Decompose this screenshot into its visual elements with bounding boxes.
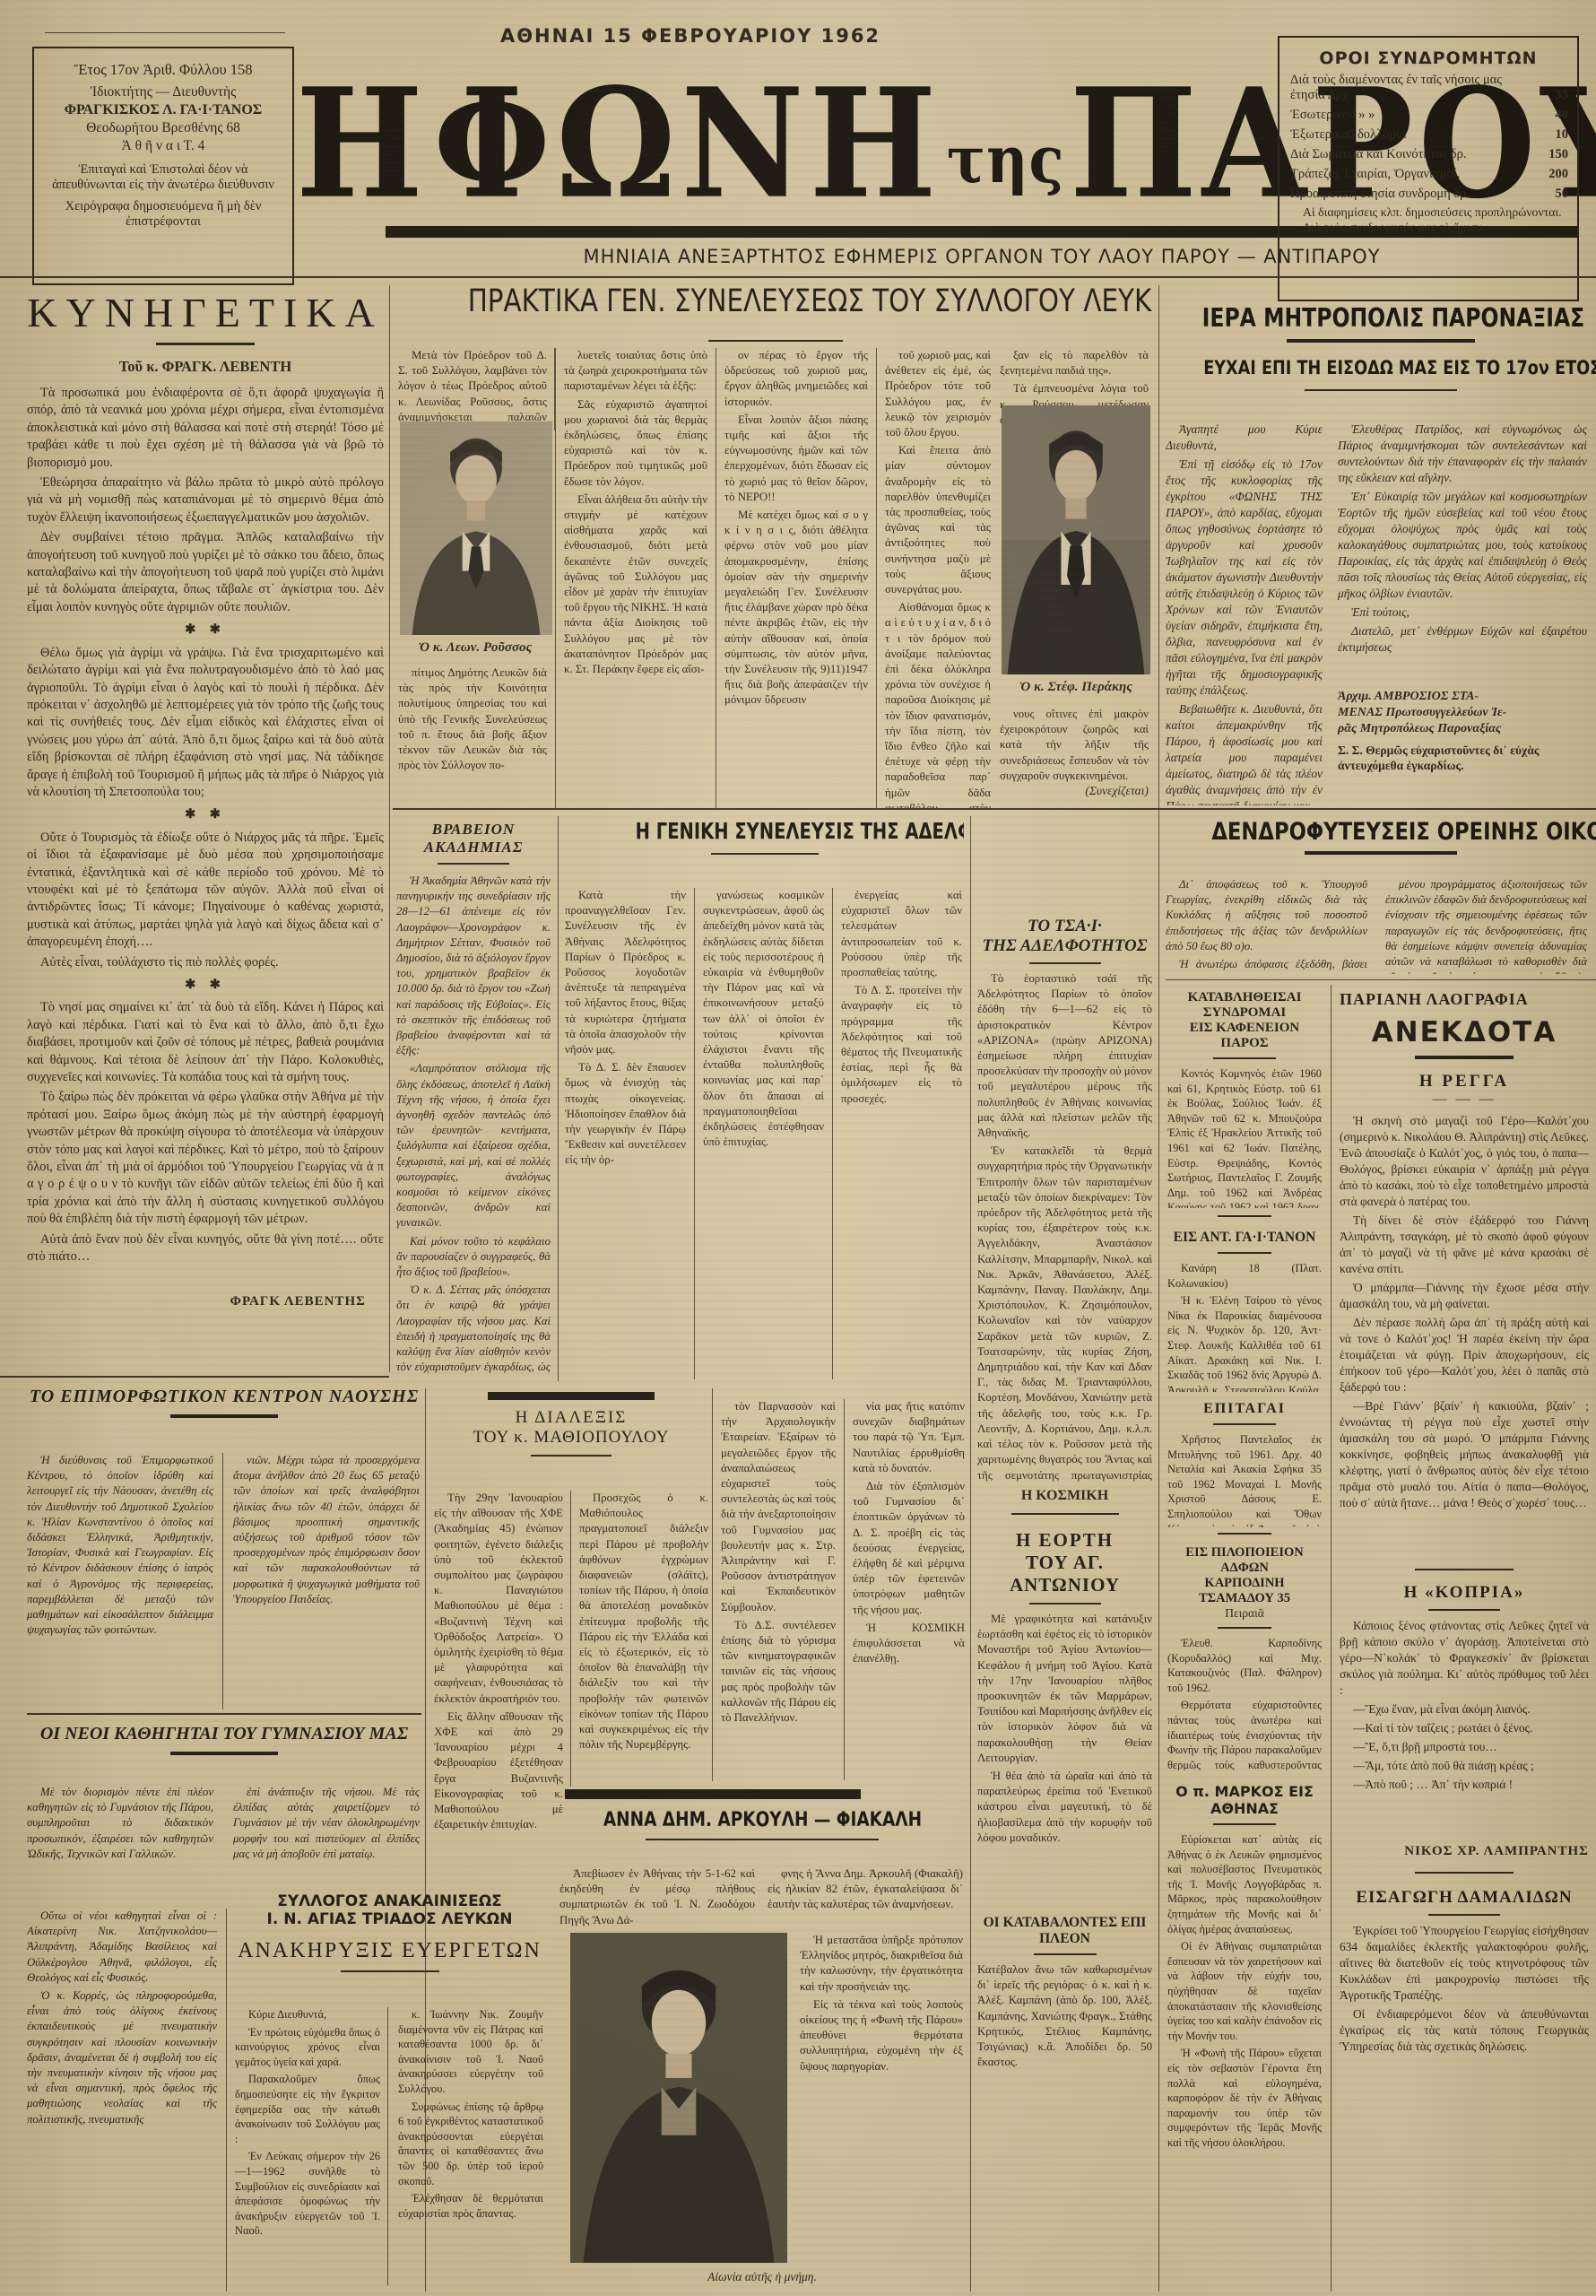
paragraph: Ἀπεβίωσεν ἐν Ἀθήναις τὴν 5-1-62 καὶ ἐκηδ… [559,1866,755,1928]
newspaper-title: Η ΦΩΝΗ της ΠΑΡΟΥ [296,56,1417,232]
paragraph: —Βρὲ Γιάνν᾽ βζαίν᾽ ἡ κακιούλα, βζαίν᾽ ; … [1340,1398,1589,1511]
anna-side-text: Ἡ μεταστᾶσα ὑπῆρξε πρότυπον Ἑλληνίδος μη… [800,1933,963,2238]
iera-col2-wrap: Ἐλευθέρας Πατρίδος, καὶ εὐγνωμόνως ὡς Πά… [1338,422,1587,805]
paragraph: Αὐτὲς εἶναι, τοὐλάχιστο τὶς πιὸ πολλὲς φ… [27,954,384,971]
title-rule [646,1839,879,1840]
paragraph: Θέλω ὅμως γιὰ ἀγρίμι νὰ γράψω. Γιὰ ἕνα τ… [27,645,384,802]
paragraph: Ἐπὶ τῇ εἰσόδῳ εἰς τὸ 17ον ἔτος τῆς κυκλο… [1166,457,1323,699]
title-rule [708,340,843,342]
neoi-col2: ἐπὶ ἀνάπτυξιν τῆς νήσου. Μὲ τὰς ἐλπίδας … [233,1785,420,1898]
katabalontes-subtitle: ΟΙ ΚΑΤΑΒΑΛΟΝΤΕΣ ΕΠΙ ΠΛΕΟΝ [977,1915,1152,1947]
term-value: 50 [1538,187,1568,202]
subscription-row: Διὰ τοὺς διαμένοντας ἐν ταῖς νήσοις μας … [1290,73,1568,103]
portrait-photo-roussos [400,422,552,635]
paragraph: Ἡ θέα ἀπὸ τὰ ὡραῖα καὶ ἀπὸ τὰ παραπλεύρω… [977,1769,1152,1846]
term-label: Ἐξωτερικοῦ δολλάρια [1290,127,1538,143]
term-label: Διὰ Σωματεῖα καὶ Κοινότητας δρ. [1290,147,1538,162]
geniki-col3: ἐνεργείας καὶ εὐχαριστεῖ ὅλων τῶν τελεσμ… [841,888,962,1379]
term-value: 200 [1538,167,1568,182]
paragraph: Ἡ σκηνὴ στὸ μαγαζὶ τοῦ Γέρο—Καλότ᾽χου (σ… [1340,1113,1589,1210]
paragraph: Εἰς τὰ τέκνα καὶ τοὺς λοιποὺς οἰκείους τ… [800,1997,963,2074]
title-rule [1213,1823,1276,1825]
divider-rule [1218,1533,1271,1535]
neoi-continuation: Οὕτω οἱ νέοι καθηγηταὶ εἶναι οἱ : Αἰκατε… [27,1909,217,2292]
term-value: 150 [1538,147,1568,162]
paragraph: Τὸ Δ. Σ. δὲν ἔπαυσεν ὅμως νὰ ἐνισχύῃ τὰς… [565,1060,686,1168]
paragraph: Οὕτω οἱ νέοι καθηγηταὶ εἶναι οἱ : Αἰκατε… [27,1909,217,1986]
geniki-col2: γανώσεως κοσμικῶν συγκεντρώσεων, ἀφοῦ ὡς… [703,888,824,1379]
paragraph: Κατὰ τὴν προαναγγελθεῖσαν Γεν. Συνέλευσι… [565,888,686,1057]
paragraph: Ἡ διεύθυνσις τοῦ Ἐπιμορφωτικοῦ Κέντρου, … [27,1453,213,1638]
paragraph: τὸν Παρνασσὸν καὶ τὴν Ἀρχαιολογικὴν Ἑται… [721,1399,836,1615]
paragraph: Τὴ δίνει δὲ στὸν ἐξάδερφό του Γιάννη Ἀλι… [1340,1213,1589,1277]
paragraph: Παρακαλοῦμεν ὅπως δημοσιεύσητε εἰς τὴν ἔ… [235,2072,380,2146]
column-rule [1158,285,1159,2292]
praktika-col4: τοῦ χωριοῦ μας, καὶ ἀνέθετεν εἰς ἐμέ, ὡς… [885,348,991,809]
title-rule [1213,1057,1276,1059]
praktika-col3: ον πέρας τὸ ἔργον τῆς ὑδρεύσεως τοῦ χωρι… [724,348,868,809]
paragraph: Ἡ μεταστᾶσα ὑπῆρξε πρότυπον Ἑλληνίδος μη… [800,1933,963,1995]
paragraph: Τὰ προσωπικά μου ἐνδιαφέροντα σὲ ὅ,τι ἀφ… [27,385,384,472]
paragraph: —Ἄμ, τότε ἀπὸ ποῦ θὰ πιάσῃ κρέας ; [1340,1758,1589,1774]
damalides-title: ΕΙΣΑΓΩΓΗ ΔΑΜΑΛΙΔΩΝ [1340,1888,1589,1908]
paragraph: Ὁ κ. Δ. Σέττας μᾶς ὑπόσχεται ὅτι ἐν καιρ… [396,1283,551,1376]
paragraph: Ἐπ᾽ Εὐκαιρίᾳ τῶν μεγάλων καὶ κοσμοσωτηρί… [1338,489,1587,602]
paragraph: Ἐθεώρησα ἀπαραίτητο νὰ βάλω πρῶτα τὸ μικ… [27,474,384,526]
paragraph: Εἰς ἄλλην αἴθουσαν τῆς ΧΦΕ καὶ ἀπὸ 29 Ἰα… [434,1709,563,1833]
paragraph: Ἡ ἀνωτέρω ἀπόφασις ἐξεδόθη, βάσει εἰσηγή… [1166,957,1367,974]
paragraph: Ἡ κ. Ἑλένη Τσίρου τὸ γένος Νίκα ἐκ Παροι… [1167,1293,1322,1392]
mail-note: Ἐπιταγαὶ καὶ Ἐπιστολαὶ δέον νὰ ἀπευθύνων… [47,162,280,193]
article-title: ΙΕΡΑ ΜΗΤΡΟΠΟΛΙΣ ΠΑΡΟΝΑΞΙΑΣ [1202,303,1585,333]
iera-signature-1: Ἀρχιμ. ΑΜΒΡΟΣΙΟΣ ΣΤΑ- [1338,689,1587,705]
paragraph: Χρῆστος Παντελαῖος ἐκ Μιτυλήνης τοῦ 1961… [1167,1432,1322,1527]
subscription-row: Ἐσωτερικοῦ » »40 [1290,108,1568,123]
title-rule [438,863,509,865]
paragraph: Δὲν συμβαίνει τέτοιο πρᾶγμα. Ἁπλῶς καταλ… [27,529,384,616]
masthead-top-rule [45,32,285,33]
regga-title: Η ΡΕΓΓΑ [1340,1072,1589,1091]
article-title: ΠΡΑΚΤΙΚΑ ΓΕΝ. ΣΥΝΕΛΕΥΣΕΩΣ ΤΟΥ ΣΥΛΛΟΓΟΥ Λ… [468,283,1152,319]
katavl-title-2: ΕΙΣ ΚΑΦΕΝΕΙΟΝ ΠΑΡΟΣ [1167,1021,1322,1051]
paragraph: λυετεῖς τοιαύτας ὅστις ὑπὸ τὰ ζωηρὰ χειρ… [564,348,707,395]
column-rule [226,1909,227,2292]
regga-rule: — — — [1340,1091,1589,1108]
paragraph: —Ἔ, ὅ,τι βρῇ μπροστά του… [1340,1739,1589,1755]
paragraph: Μὲ τὸν διορισμὸν πέντε ἐπὶ πλέον καθηγητ… [27,1785,213,1862]
anna-intro-right: φνης ἡ Ἄννα Δημ. Ἀρκουλῆ (Φιακαλῆ) εἰς ἡ… [768,1866,963,1926]
column-rule [970,816,971,2292]
paragraph: ον πέρας τὸ ἔργον τῆς ὑδρεύσεως τοῦ χωρι… [724,348,868,410]
eorti-title-2: ΤΟΥ ΑΓ. ΑΝΤΩΝΙΟΥ [977,1552,1152,1596]
divider-rule [1415,1872,1514,1874]
paragraph: Κάποιος ξένος φτάνοντας στὶς Λεῦκες ζητε… [1340,1618,1589,1699]
katabalontes-names: Κατέβαλον ἄνω τῶν καθωρισμένων δι᾽ ἱερεῖ… [977,1962,1152,2196]
section-rule [1166,979,1596,980]
paragraph: Ἀγαπητέ μου Κύριε Διευθυντά, [1166,422,1323,454]
divider-rule [1415,1569,1514,1570]
paragraph: Οἱ ἐνδιαφερόμενοι δέον νὰ ἀπευθύνωνται ἐ… [1340,2006,1589,2055]
subscription-row: Προαιρετικὴ ἐτησία συνδρομὴ δρ.50 [1290,187,1568,202]
issue-line: Ἔτος 17ον Ἀριθ. Φύλλου 158 [34,61,292,79]
paragraph: ἐπὶ ἀνάπτυξιν τῆς νήσου. Μὲ τὰς ἐλπίδας … [233,1785,420,1862]
paragraph: νιῶν. Μέχρι τώρα τὰ προσερχόμενα ἄτομα ἀ… [233,1453,420,1607]
portrait-roussos-graphic [400,422,552,635]
paragraph: Ὁ μπάρμπα—Γιάννης τὴν ἔχωσε μέσα στὴν ἀμ… [1340,1280,1589,1312]
portrait-photo-perakis [1002,405,1150,674]
column-rule [558,816,559,1381]
article-title: ΒΡΑΒΕΙΟΝ ΑΚΑΔΗΜΙΑΣ [396,821,551,857]
column-rule [716,348,716,809]
divider-rule [1011,1513,1119,1515]
paragraph: «Λαμπρότατον στόλισμα τῆς ὅλης ἐκδόσεως,… [396,1061,551,1231]
tsai-body: Τὸ ἑορταστικὸ τσάϊ τῆς Ἀδελφότητος Παρίω… [977,971,1152,1483]
paragraph: Τὸ Δ. Σ. προτείνει τὴν ἀναγραφὴν εἰς τὸ … [841,983,962,1107]
term-label: Προαιρετικὴ ἐτησία συνδρομὴ δρ. [1290,187,1538,202]
title-rule [1029,1603,1101,1605]
damalides-body: Ἐγκρίσει τοῦ Ὑπουργείου Γεωργίας εἰσήχθη… [1340,1923,1589,2129]
title-rule [1415,1056,1514,1059]
kopria-body: Κάποιος ξένος φτάνοντας στὶς Λεῦκες ζητε… [1340,1618,1589,1842]
paragraph: Τὸ ξαίρω πὼς δὲν πρόκειται νὰ φέρω γλαῦκ… [27,1089,384,1228]
paragraph: γανώσεως κοσμικῶν συγκεντρώσεων, ἀφοῦ ὡς… [703,888,824,1150]
eorti-body: Μὲ γραφικότητα καὶ κατάνυξιν ἑωρτάσθη κα… [977,1612,1152,1908]
title-rule [1428,1914,1500,1916]
newspaper-page: Ἔτος 17ον Ἀριθ. Φύλλου 158 Ἰδιοκτήτης — … [0,0,1596,2296]
geniki-cont-col1: τὸν Παρνασσὸν καὶ τὴν Ἀρχαιολογικὴν Ἑται… [721,1399,836,1780]
photo-caption-perakis: Ὁ κ. Στέφ. Περάκης [1000,680,1152,695]
paragraph: Εὑρίσκεται κατ᾽ αὐτὰς εἰς Ἀθήνας ὁ ἐκ Λε… [1167,1832,1322,1936]
regga-body: Ἡ σκηνὴ στὸ μαγαζὶ τοῦ Γέρο—Καλότ᾽χου (σ… [1340,1113,1589,1561]
divider-rule [1218,1215,1271,1217]
column-rule [389,285,390,1372]
paragraph: Ἡ «Φωνὴ τῆς Πάρου» εὔχεται εἰς τὸν σεβασ… [1167,2046,1322,2150]
article-vraveion: ΒΡΑΒΕΙΟΝ ΑΚΑΔΗΜΙΑΣ Ἡ Ἀκαδημία Ἀθηνῶν κατ… [396,821,551,1381]
paragraph: Τὸ ἑορταστικὸ τσάϊ τῆς Ἀδελφότητος Παρίω… [977,971,1152,1141]
paragraph: πίτιμος Δημότης Λευκῶν διὰ τὰς πρὸς τὴν … [398,665,547,773]
iera-col2: Ἐλευθέρας Πατρίδος, καὶ εὐγνωμόνως ὡς Πά… [1338,422,1587,689]
paragraph: ξαν εἰς τὸ παρελθὸν τὰ ξενητεμένα παιδιά… [1000,348,1149,378]
paragraph: Διὰ τὸν ἐξοπλισμὸν τοῦ Γυμνασίου δι᾽ ἐπο… [853,1479,965,1618]
iera-editor-note: Σ. Σ. Θερμῶς εὐχαριστοῦντες δι᾽ εὐχὰς ἀν… [1338,743,1587,773]
pilop-title-1: ΕΙΣ ΠΙΛΟΠΟΙΕΙΟΝ ΑΔΦΩΝ [1167,1545,1322,1576]
neoi-col1: Μὲ τὸν διορισμὸν πέντε ἐπὶ πλέον καθηγητ… [27,1785,213,1898]
term-value: 40 [1538,108,1568,123]
column-rule [832,888,833,1379]
title-rule [1029,962,1101,964]
title-rule [1034,1953,1097,1955]
dendro-col2: μένου προγράμματος ἀξιοποιήσεως τῶν ἐπικ… [1385,877,1587,974]
epimorf-col1: Ἡ διεύθυνσις τοῦ Ἐπιμορφωτικοῦ Κέντρου, … [27,1453,213,1709]
column-rule [694,888,695,1379]
article-title: ΟΙ ΝΕΟΙ ΚΑΘΗΓΗΤΑΙ ΤΟΥ ΓΥΜΝΑΣΙΟΥ ΜΑΣ [27,1724,421,1744]
portrait-photo-anna [570,1933,787,2263]
heading-bar [565,1789,861,1799]
geniki-cont-col2: νία μας ἥτις κατόπιν συνεχῶν διαβημάτων … [853,1399,965,1780]
praktika-col1-bottom: πίτιμος Δημότης Λευκῶν διὰ τὰς πρὸς τὴν … [398,665,554,809]
masthead-bottom-rule [0,276,1596,278]
title-rule [1218,1627,1271,1629]
article-title: ΤΟ ΕΠΙΜΟΡΦΩΤΙΚΟΝ ΚΕΝΤΡΟΝ ΝΑΟΥΣΗΣ [27,1387,421,1407]
title-rule [170,1752,278,1755]
photo-caption-roussos: Ὁ κ. Λεων. Ροῦσσος [398,640,552,656]
anna-intro-left: Ἀπεβίωσεν ἐν Ἀθήναις τὴν 5-1-62 καὶ ἐκηδ… [559,1866,755,1926]
paragraph: μένου προγράμματος ἀξιοποιήσεως τῶν ἐπικ… [1385,877,1587,974]
paragraph: νία μας ἥτις κατόπιν συνεχῶν διαβημάτων … [853,1399,965,1476]
paragraph: Τὸ νησί μας σημαίνει κι᾽ ἀπ᾽ τὰ δυὸ τὰ ε… [27,999,384,1086]
dendro-col1: Δι᾽ ἀποφάσεως τοῦ κ. Ὑπουργοῦ Γεωργίας, … [1166,877,1367,974]
paragraph: ✱ ✱ [27,806,384,823]
portrait-anna-graphic [570,1933,787,2263]
subscription-row: Ἐξωτερικοῦ δολλάρια10 [1290,127,1568,143]
subscription-row: Διὰ Σωματεῖα καὶ Κοινότητας δρ.150 [1290,147,1568,162]
heading-bar [488,1392,655,1400]
gaitanon-body: Κανάρη 18 (Πλατ. Κολωνακίου)Ἡ κ. Ἑλένη Τ… [1167,1261,1322,1392]
portrait-perakis-graphic [1002,405,1150,674]
paragraph: Κύριε Διευθυντά, [235,2007,380,2022]
katavl-body: Κοντός Κομνηνὸς ἐτῶν 1960 καὶ 61, Κρητικ… [1167,1066,1322,1208]
paragraph: Καὶ μόνον τοῦτο τὸ κεφάλαιο ἂν παρουσίαζ… [396,1234,551,1281]
column-rule [555,348,556,809]
pilop-title-3: Πειραιᾶ [1167,1606,1322,1621]
article-title: Η ΓΕΝΙΚΗ ΣΥΝΕΛΕΥΣΙΣ ΤΗΣ ΑΔΕΛΦΟΤΗΤΟΣ ΠΑΡΙ… [636,818,964,844]
article-body: Ἡ Ἀκαδημία Ἀθηνῶν κατὰ τὴν πανηγυρικήν τ… [396,874,551,1376]
paragraph: Μετὰ τὸν Πρόεδρον τοῦ Δ. Σ. τοῦ Συλλόγου… [398,348,547,430]
article-subtitle: ΕΥΧΑΙ ΕΠΙ ΤΗ ΕΙΣΟΔΩ ΜΑΣ ΕΙΣ ΤΟ 17ον ΕΤΟΣ [1203,357,1596,378]
title-rule [1305,851,1457,855]
paragraph: Αἰσθάνομαι ὅμως κ α ὶ ε ὐ τ υ χ ί α ν, δ… [885,600,991,809]
subscription-box: ΟΡΟΙ ΣΥΝΔΡΟΜΗΤΩΝ Διὰ τοὺς διαμένοντας ἐν… [1278,36,1579,301]
paragraph: Ἐλευθέρας Πατρίδος, καὶ εὐγνωμόνως ὡς Πά… [1338,422,1587,486]
article-neoi-kathigitai: ΟΙ ΝΕΟΙ ΚΑΘΗΓΗΤΑΙ ΤΟΥ ΓΥΜΝΑΣΙΟΥ ΜΑΣ Μὲ τ… [27,1724,421,1900]
praktika-col1-top: Μετὰ τὸν Πρόεδρον τοῦ Δ. Σ. τοῦ Συλλόγου… [398,348,555,430]
paragraph: Ἐγκρίσει τοῦ Ὑπουργείου Γεωργίας εἰσήχθη… [1340,1923,1589,2004]
column-rule [1331,985,1331,2292]
paragraph: Ἡ ΚΟΣΜΙΚΗ ἐπιφυλάσσεται νὰ ἐπανέλθῃ. [853,1621,965,1667]
article-praktika-header: ΠΡΑΚΤΙΚΑ ΓΕΝ. ΣΥΝΕΛΕΥΣΕΩΣ ΤΟΥ ΣΥΛΛΟΓΟΥ Λ… [395,283,1152,339]
section-rule [0,1376,389,1378]
article-title: ΔΕΝΔΡΟΦΥΤΕΥΣΕΙΣ ΟΡΕΙΝΗΣ ΟΙΚΟΝΟΜΙΑΣ [1211,818,1596,846]
title-rule [1287,339,1475,343]
title-rule [1428,1609,1500,1611]
paragraph: ✱ ✱ [27,977,384,994]
epitagai-body: Χρῆστος Παντελαῖος ἐκ Μιτυλήνης τοῦ 1961… [1167,1432,1322,1527]
paragraph: Προσεχῶς ὁ κ. Μαθιόπουλος πραγματοποιεῖ … [579,1491,708,1752]
dialexis-col1: Τὴν 29ην Ἰανουαρίου εἰς τὴν αἴθουσαν τῆς… [434,1491,563,2280]
subscription-note: Αἱ διαφημίσεις κλπ. δημοσιεύσεις προπληρ… [1303,205,1566,235]
title-part-tis: της [947,123,1065,198]
paragraph: Τὴν 29ην Ἰανουαρίου εἰς τὴν αἴθουσαν τῆς… [434,1491,563,1707]
paragraph: Αὐτὰ ἀπὸ ἕναν ποὺ δὲν εἶναι κυνηγός, οὔτ… [27,1231,384,1266]
paragraph: —Ἔχω ἕναν, μὰ εἶναι ἀκόμη λιανός. [1340,1701,1589,1718]
column-tsai-eorti: ΤΟ ΤΣΑ·Ι· ΤΗΣ ΑΔΕΛΦΟΤΗΤΟΣ Τὸ ἑορταστικὸ … [977,917,1152,2292]
column-rule [387,2007,388,2285]
article-anna-arkouli: ΑΝΝΑ ΔΗΜ. ΑΡΚΟΥΛΗ — ΦΙΑΚΑΛΗ Ἀπεβίωσεν ἐν… [556,1789,968,2292]
praktika-col2: λυετεῖς τοιαύτας ὅστις ὑπὸ τὰ ζωηρὰ χειρ… [564,348,707,809]
term-value: 10 [1538,127,1568,143]
column-laografia: ΠΑΡΙΑΝΗ ΛΑΟΓΡΑΦΙΑ ΑΝΕΚΔΟΤΑ Η ΡΕΓΓΑ — — —… [1340,990,1589,2292]
continued-note: (Συνεχίζεται) [1000,784,1149,798]
article-body: Τὰ προσωπικά μου ἐνδιαφέροντα σὲ ὅ,τι ἀφ… [27,385,384,1291]
paragraph: νους οἵτινες ἐπὶ μακρὸν ἐχειροκρότουν ζω… [1000,707,1149,784]
paragraph: Τὸ Δ.Σ. συντέλεσεν ἐπίσης διὰ τὸ γύρισμα… [721,1618,836,1726]
paragraph: ✱ ✱ [27,622,384,639]
tsai-title-2: ΤΗΣ ΑΔΕΛΦΟΤΗΤΟΣ [977,936,1152,956]
manuscripts-note: Χειρόγραφα δημοσιευόμενα ἢ μὴ δὲν ἐπιστρ… [47,199,280,230]
anakiryxis-col1: Κύριε Διευθυντά,Ἐν πρώτοις εὐχόμεθα ὅπως… [235,2007,380,2285]
article-epimorfotikon: ΤΟ ΕΠΙΜΟΡΦΩΤΙΚΟΝ ΚΕΝΤΡΟΝ ΝΑΟΥΣΗΣ Ἡ διεύθ… [27,1387,421,1713]
iera-col1: Ἀγαπητέ μου Κύριε Διευθυντά,Ἐπὶ τῇ εἰσόδ… [1166,422,1323,805]
column-rule [844,1399,845,1780]
laografia-kicker: ΠΑΡΙΑΝΗ ΛΑΟΓΡΑΦΙΑ [1340,990,1589,1009]
paragraph: Μὲ κατέχει ὅμως καὶ σ υ γ κ ί ν η σ ι ς,… [724,508,868,709]
dialexis-title-1: Η ΔΙΑΛΕΞΙΣ [434,1408,708,1428]
title-part-h: Η [296,56,429,232]
column-rule [712,1388,713,1781]
laografia-signature: ΝΙΚΟΣ ΧΡ. ΛΑΜΠΡΑΝΤΗΣ [1340,1844,1589,1859]
paragraph: φνης ἡ Ἄννα Δημ. Ἀρκουλῆ (Φιακαλῆ) εἰς ἡ… [768,1866,963,1913]
paragraph: Σᾶς εὐχαριστῶ ἀγαπητοί μου χωριανοὶ διὰ … [564,397,707,490]
praktika-col5-bottom: νους οἵτινες ἐπὶ μακρὸν ἐχειροκρότουν ζω… [1000,707,1149,784]
paragraph: Εἶναι ἀλήθεια ὅτι αὐτὴν τὴν στιγμὴν μὲ κ… [564,492,707,677]
dialexis-col2: Προσεχῶς ὁ κ. Μαθιόπουλος πραγματοποιεῖ … [579,1491,708,1787]
address-line: Θεοδωρήτου Βρεσθένης 68 [34,120,292,136]
paragraph: ἐνεργείας καὶ εὐχαριστεῖ ὅλων τῶν τελεσμ… [841,888,962,980]
title-rule [1218,1252,1271,1254]
paragraph: Εἶναι λοιπὸν ἄξιοι πάσης τιμῆς καὶ ἄξιοι… [724,413,868,505]
iera-signature-3: ρᾶς Μητροπόλεως Παροναξίας [1338,721,1587,737]
dateline: ΑΘΗΝΑΙ 15 ΦΕΒΡΟΥΑΡΙΟΥ 1962 [386,25,995,47]
paragraph: τοῦ χωριοῦ μας, καὶ ἀνέθετεν εἰς ἐμέ, ὡς… [885,348,991,440]
epitagai-title: ΕΠΙΤΑΓΑΙ [1167,1401,1322,1417]
article-dendro-header: ΔΕΝΔΡΟΦΥΤΕΥΣΕΙΣ ΟΡΕΙΝΗΣ ΟΙΚΟΝΟΜΙΑΣ [1166,818,1596,872]
paragraph: Διατελῶ, μετ᾽ ἐνθέρμων Εὐχῶν καὶ ἐξαιρέτ… [1338,623,1587,656]
column-rule [222,1453,223,1709]
pilop-title-2: ΚΑΡΠΟΔΙΝΗ ΤΣΑΜΑΔΟΥ 35 [1167,1576,1322,1606]
pilop-body: Ἐλευθ. Καρποδίνης (Κορυδαλλός) καὶ Μιχ. … [1167,1636,1322,1770]
article-signature: ΦΡΑΓΚ ΛΕΒΕΝΤΗΣ [27,1294,366,1309]
paragraph: Οὔτε ὁ Τουρισμὸς τὰ ἐδίωξε οὔτε ὁ Νιάρχο… [27,830,384,952]
article-title: ΚΥΝΗΓΕΤΙΚΑ [27,289,384,336]
term-label: Τράπεζαι Ἑταιρίαι, Ὀργανισμοί, [1290,167,1538,182]
article-title: ΑΝΝΑ ΔΗΜ. ΑΡΚΟΥΛΗ — ΦΙΑΚΑΛΗ [603,1809,921,1831]
tsai-title-1: ΤΟ ΤΣΑ·Ι· [977,917,1152,936]
paragraph: Δι᾽ ἀποφάσεως τοῦ κ. Ὑπουργοῦ Γεωργίας, … [1166,877,1367,954]
paragraph: Ἐν Λεύκαις σήμερον τὴν 26—1—1962 συνῆλθε… [235,2149,380,2239]
paragraph: Ὁ κ. Κορρές, ὡς πληροφορούμεθα, εἶναι ἀπ… [27,1988,217,2127]
markos-title: Ο π. ΜΑΡΚΟΣ ΕΙΣ ΑΘΗΝΑΣ [1167,1783,1322,1817]
paragraph: Ἐν πρώτοις εὐχόμεθα ὅπως ὁ καινούργιος χ… [235,2025,380,2070]
title-rule [711,853,819,855]
column-subscription-lists: ΚΑΤΑΒΛΗΘΕΙΣΑΙ ΣΥΝΔΡΟΜΑΙ ΕΙΣ ΚΑΦΕΝΕΙΟΝ ΠΑ… [1167,990,1322,2292]
paragraph: Κανάρη 18 (Πλατ. Κολωνακίου) [1167,1261,1322,1291]
katavl-title-1: ΚΑΤΑΒΛΗΘΕΙΣΑΙ ΣΥΝΔΡΟΜΑΙ [1167,990,1322,1021]
article-geniki-header: Η ΓΕΝΙΚΗ ΣΥΝΕΛΕΥΣΙΣ ΤΗΣ ΑΔΕΛΦΟΤΗΤΟΣ ΠΑΡΙ… [565,818,964,881]
iera-signature-2: ΜΕΝΑΣ Πρωτοσυγγελλεύων Ἱε- [1338,705,1587,721]
term-value: 35 [1538,88,1568,103]
paragraph: Ἐλευθ. Καρποδίνης (Κορυδαλλός) καὶ Μιχ. … [1167,1636,1322,1695]
paragraph: —Ἀπὸ ποῦ ; … Ἀπ᾽ τὴν κοπριά ! [1340,1777,1589,1793]
paragraph: Ἡ Ἀκαδημία Ἀθηνῶν κατὰ τὴν πανηγυρικήν τ… [396,874,551,1058]
paragraph: Δὲν πέρασε πολλὴ ὥρα ἀπ᾽ τὴ πράξη αὐτὴ κ… [1340,1315,1589,1396]
paragraph: Ἐπὶ τούτοις, [1338,604,1587,621]
subtitle-rule [1305,389,1457,391]
paragraph: Καὶ ἔπειτα ἀπὸ μίαν σύντομον ἀναδρομὴν ε… [885,443,991,597]
paragraph: Κοντός Κομνηνὸς ἐτῶν 1960 καὶ 61, Κρητικ… [1167,1066,1322,1208]
title-rule [531,1455,612,1457]
term-label: Ἐσωτερικοῦ » » [1290,108,1538,123]
owner-label: Ἰδιοκτήτης — Διευθυντὴς [34,84,292,100]
kopria-title: Η «ΚΟΠΡΙΑ» [1340,1583,1589,1603]
subscription-row: Τράπεζαι Ἑταιρίαι, Ὀργανισμοί,200 [1290,167,1568,182]
tsai-signature: Η ΚΟΣΜΙΚΗ [977,1488,1152,1504]
column-rule [570,1491,571,1787]
paragraph: Ἐν κατακλεῖδι τὰ θερμὰ συγχαρητήρια πρὸς… [977,1144,1152,1483]
subscription-title: ΟΡΟΙ ΣΥΝΔΡΟΜΗΤΩΝ [1279,48,1577,68]
masthead-info-box: Ἔτος 17ον Ἀριθ. Φύλλου 158 Ἰδιοκτήτης — … [32,47,294,285]
paragraph: —Καὶ τί τὸν ταΐζεις ; ρωτάει ὁ ξένος. [1340,1720,1589,1736]
paragraph: Βεβαιωθῆτε κ. Διευθυντά, ὅτι καίτοι ἀπεμ… [1166,701,1323,805]
eorti-title-1: Η ΕΟΡΤΗ [977,1529,1152,1552]
title-rule [1213,1423,1276,1425]
section-rule [27,1713,421,1715]
article-kynigetika: ΚΥΝΗΓΕΤΙΚΑ Τοῦ κ. ΦΡΑΓΚ. ΛΕΒΕΝΤΗ Τὰ προσ… [27,289,384,1370]
title-part-foni: ΦΩΝΗ [433,56,941,232]
city-line: Ἀ θ ῆ ν α ι Τ. 4 [34,138,292,154]
paragraph: Οἱ ἐν Ἀθήναις συμπατριῶται ἔσπευσαν νὰ τ… [1167,1939,1322,2043]
dialexis-title-2: ΤΟΥ κ. ΜΑΘΙΟΠΟΥΛΟΥ [434,1428,708,1448]
title-rule [156,343,255,345]
paragraph: Θερμότατα εὐχαριστοῦντες πάντας τοὺς ἀνω… [1167,1698,1322,1770]
paragraph: Μὲ γραφικότητα καὶ κατάνυξιν ἑωρτάσθη κα… [977,1612,1152,1766]
title-rule [170,1414,278,1418]
term-label: Διὰ τοὺς διαμένοντας ἐν ταῖς νήσοις μας … [1290,73,1538,103]
column-rule [876,348,877,809]
title-rule [341,1970,439,1972]
anekdota-title: ΑΝΕΚΔΟΤΑ [1340,1016,1589,1048]
owner-name: ΦΡΑΓΚΙΣΚΟΣ Λ. ΓΑ·Ι·ΤΑΝΟΣ [34,102,292,118]
gaitanon-title: ΕΙΣ ΑΝΤ. ΓΑ·Ι·ΤΑΝΟΝ [1167,1230,1322,1246]
epimorf-col2: νιῶν. Μέχρι τώρα τὰ προσερχόμενα ἄτομα ἀ… [233,1453,420,1709]
markos-body: Εὑρίσκεται κατ᾽ αὐτὰς εἰς Ἀθήνας ὁ ἐκ Λε… [1167,1832,1322,2209]
geniki-col1: Κατὰ τὴν προαναγγελθεῖσαν Γεν. Συνέλευσι… [565,888,686,1379]
anna-bottom-line: Αἰωνία αὐτῆς ἡ μνήμη. [556,2270,968,2284]
article-byline: Τοῦ κ. ΦΡΑΓΚ. ΛΕΒΕΝΤΗ [27,358,384,376]
